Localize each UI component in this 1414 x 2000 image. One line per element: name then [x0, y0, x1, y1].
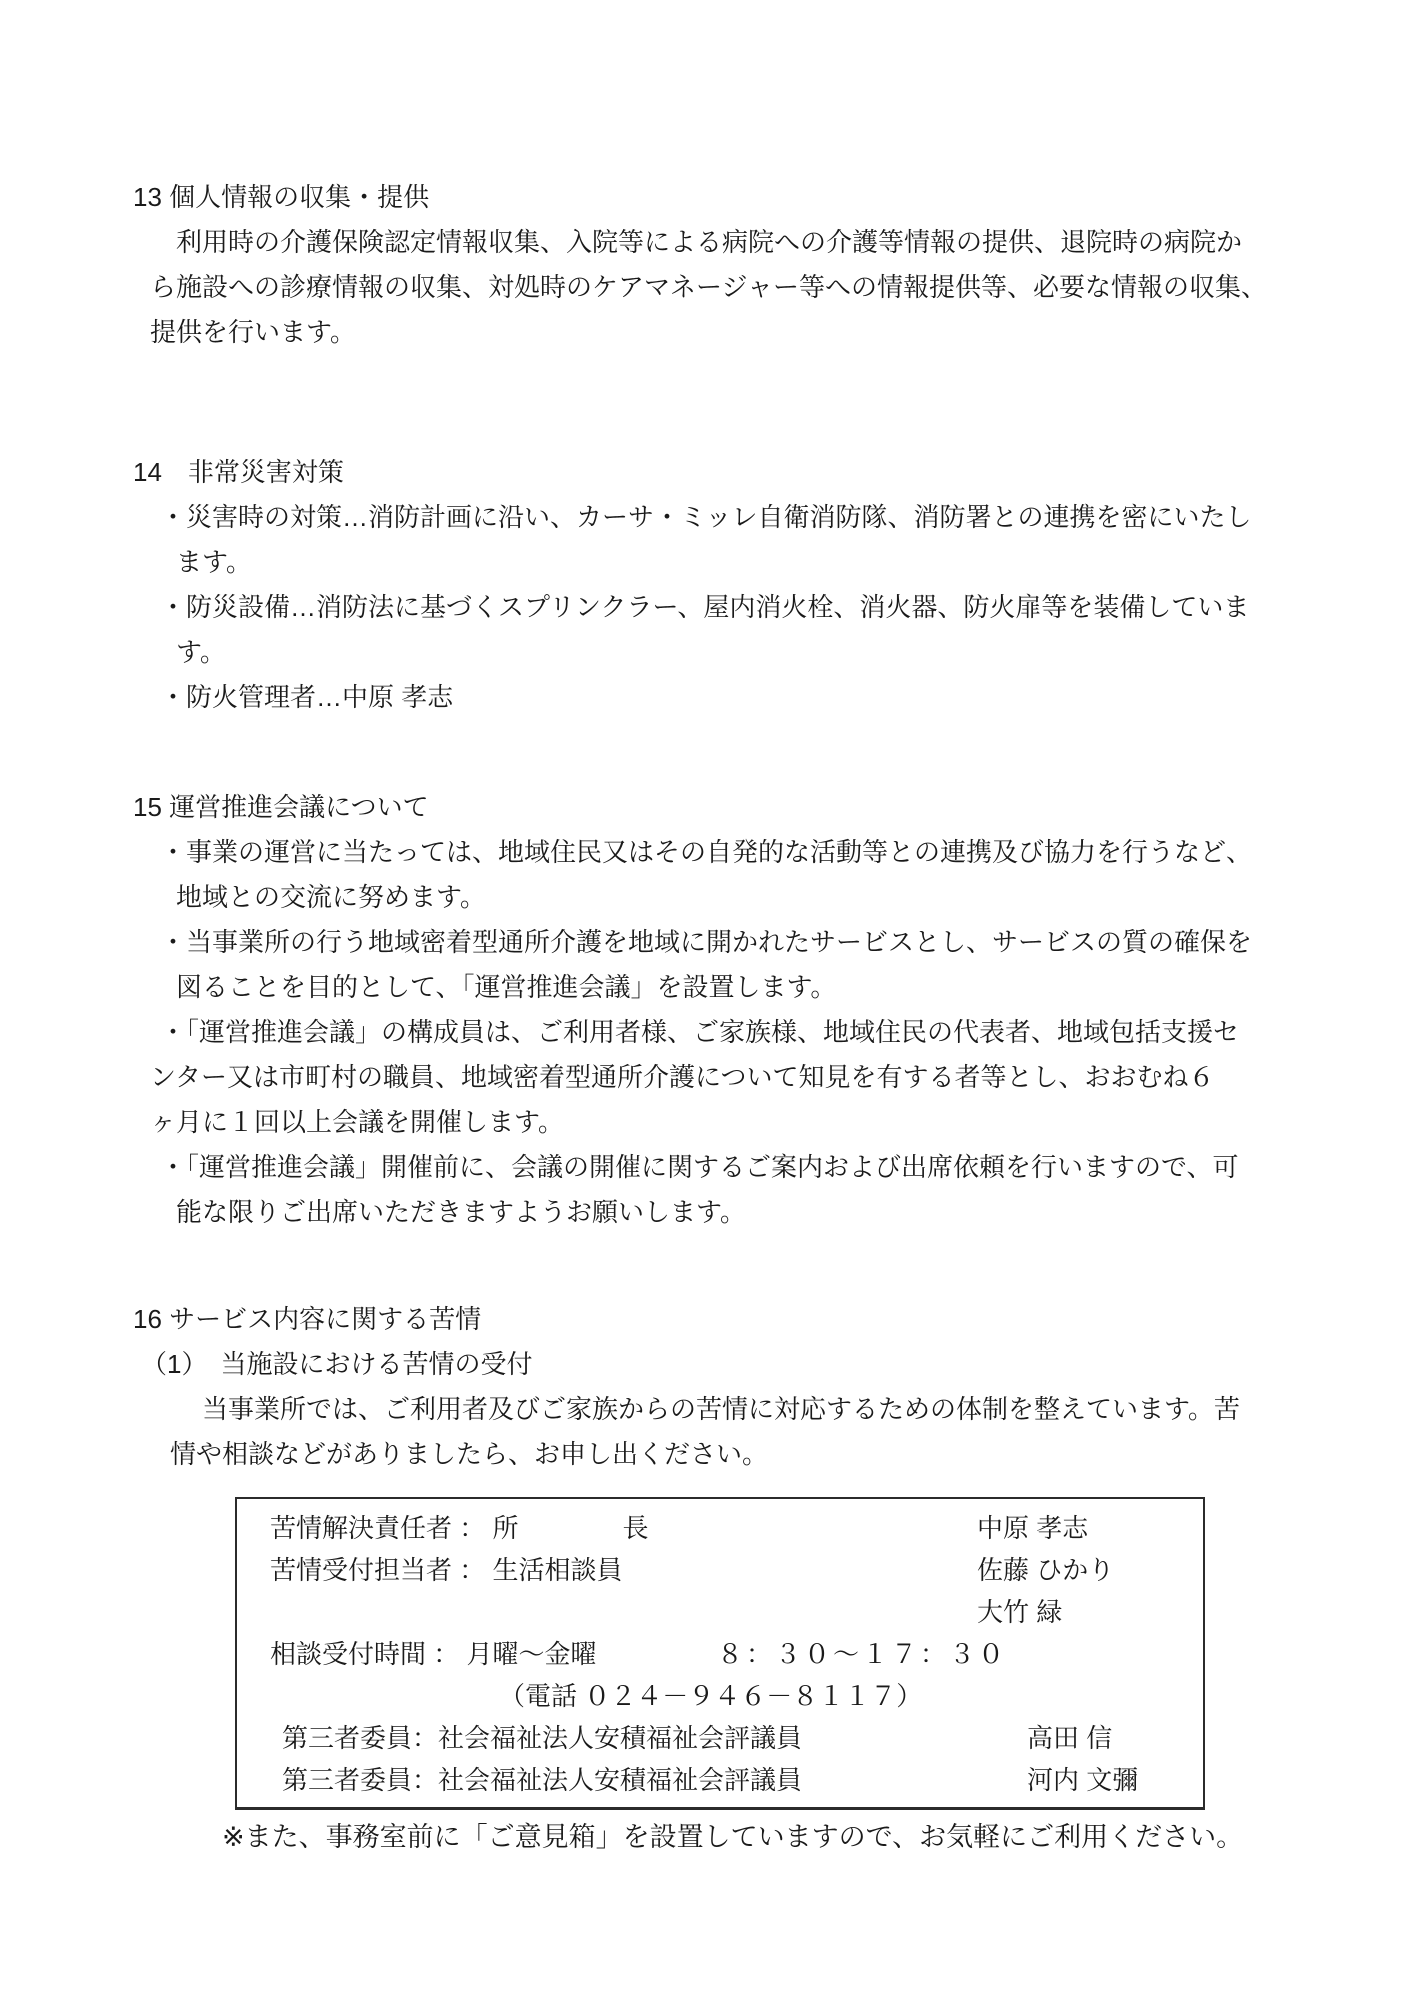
section-14-disaster-measures: 14 非常災害対策 ・災害時の対策…消防計画に沿い、カーサ・ミッレ自衛消防隊、消… [133, 450, 1294, 720]
section-14-bullet-line: す。 [133, 630, 1294, 675]
table-row-phone: （電話 ０２４－９４６－８１１７） [237, 1675, 1203, 1717]
phone-number: （電話 ０２４－９４６－８１１７） [499, 1681, 922, 1711]
reception-hours-value: ８：３０～１７：３０ [717, 1633, 1007, 1675]
table-row-reception-staff-2: 大竹 緑 [237, 1591, 1203, 1633]
table-row-third-party-1: 第三者委員：社会福祉法人安積福祉会評議員 高田 信 [237, 1717, 1203, 1759]
table-row-resolution-manager: 苦情解決責任者 ： 所 長 中原 孝志 [237, 1507, 1203, 1549]
row-label: 第三者委員：社会福祉法人安積福祉会評議員 [282, 1765, 802, 1795]
section-13-line: 利用時の介護保険認定情報収集、入院等による病院への介護等情報の提供、退院時の病院… [133, 220, 1294, 265]
row-label: 相談受付時間 ： 月曜～金曜 [270, 1639, 596, 1669]
section-15-bullet-line: ・「運営推進会議」開催前に、会議の開催に関するご案内および出席依頼を行いますので… [133, 1145, 1294, 1190]
table-row-reception-staff: 苦情受付担当者 ： 生活相談員 佐藤 ひかり [237, 1549, 1203, 1591]
row-name: 高田 信 [1027, 1717, 1112, 1759]
table-row-third-party-2: 第三者委員：社会福祉法人安積福祉会評議員 河内 文彌 [237, 1759, 1203, 1801]
row-name: 中原 孝志 [977, 1507, 1088, 1549]
section-13-personal-info: 13 個人情報の収集・提供 利用時の介護保険認定情報収集、入院等による病院への介… [133, 175, 1294, 355]
row-name: 佐藤 ひかり [977, 1549, 1114, 1591]
section-16-line: 当事業所では、ご利用者及びご家族からの苦情に対応するための体制を整えています。苦 [133, 1387, 1294, 1432]
section-13-heading: 13 個人情報の収集・提供 [133, 175, 1294, 220]
section-15-bullet-line: ・当事業所の行う地域密着型通所介護を地域に開かれたサービスとし、サービスの質の確… [133, 920, 1294, 965]
row-name: 河内 文彌 [1027, 1759, 1138, 1801]
suggestion-box-note: ※また、事務室前に「ご意見箱」を設置していますので、お気軽にご利用ください。 [133, 1815, 1294, 1860]
section-14-bullet-line: ます。 [133, 540, 1294, 585]
section-15-bullet-line: ヶ月に１回以上会議を開催します。 [133, 1100, 1294, 1145]
section-15-bullet-line: 地域との交流に努めます。 [133, 875, 1294, 920]
section-13-line: ら施設への診療情報の収集、対処時のケアマネージャー等への情報提供等、必要な情報の… [133, 265, 1294, 310]
section-15-bullet-line: 能な限りご出席いただきますようお願いします。 [133, 1190, 1294, 1235]
row-name: 大竹 緑 [977, 1591, 1062, 1633]
complaint-contact-table: 苦情解決責任者 ： 所 長 中原 孝志 苦情受付担当者 ： 生活相談員 佐藤 ひ… [235, 1497, 1205, 1810]
section-15-bullet-line: 図ることを目的として、「運営推進会議」を設置します。 [133, 965, 1294, 1010]
section-16-subheading: （1） 当施設における苦情の受付 [133, 1342, 1294, 1387]
section-16-service-complaints: 16 サービス内容に関する苦情 （1） 当施設における苦情の受付 当事業所では、… [133, 1297, 1294, 1477]
table-row-reception-hours: 相談受付時間 ： 月曜～金曜 ８：３０～１７：３０ [237, 1633, 1203, 1675]
row-label: 苦情解決責任者 ： 所 長 [270, 1513, 648, 1543]
section-15-management-meeting: 15 運営推進会議について ・事業の運営に当たっては、地域住民又はその自発的な活… [133, 785, 1294, 1235]
section-16-heading: 16 サービス内容に関する苦情 [133, 1297, 1294, 1342]
document-page: 13 個人情報の収集・提供 利用時の介護保険認定情報収集、入院等による病院への介… [0, 0, 1414, 2000]
section-14-bullet-line: ・防災設備…消防法に基づくスプリンクラー、屋内消火栓、消火器、防火扉等を装備して… [133, 585, 1294, 630]
row-label: 苦情受付担当者 ： 生活相談員 [270, 1555, 622, 1585]
section-13-line: 提供を行います。 [133, 310, 1294, 355]
section-14-bullet-line: ・防火管理者…中原 孝志 [133, 675, 1294, 720]
section-15-bullet-line: ・事業の運営に当たっては、地域住民又はその自発的な活動等との連携及び協力を行うな… [133, 830, 1294, 875]
section-14-heading: 14 非常災害対策 [133, 450, 1294, 495]
section-15-bullet-line: ・「運営推進会議」の構成員は、ご利用者様、ご家族様、地域住民の代表者、地域包括支… [133, 1010, 1294, 1055]
section-14-bullet-line: ・災害時の対策…消防計画に沿い、カーサ・ミッレ自衛消防隊、消防署との連携を密にい… [133, 495, 1294, 540]
section-15-heading: 15 運営推進会議について [133, 785, 1294, 830]
section-15-bullet-line: ンター又は市町村の職員、地域密着型通所介護について知見を有する者等とし、おおむね… [133, 1055, 1294, 1100]
row-label: 第三者委員：社会福祉法人安積福祉会評議員 [282, 1723, 802, 1753]
section-16-line: 情や相談などがありましたら、お申し出ください。 [133, 1432, 1294, 1477]
